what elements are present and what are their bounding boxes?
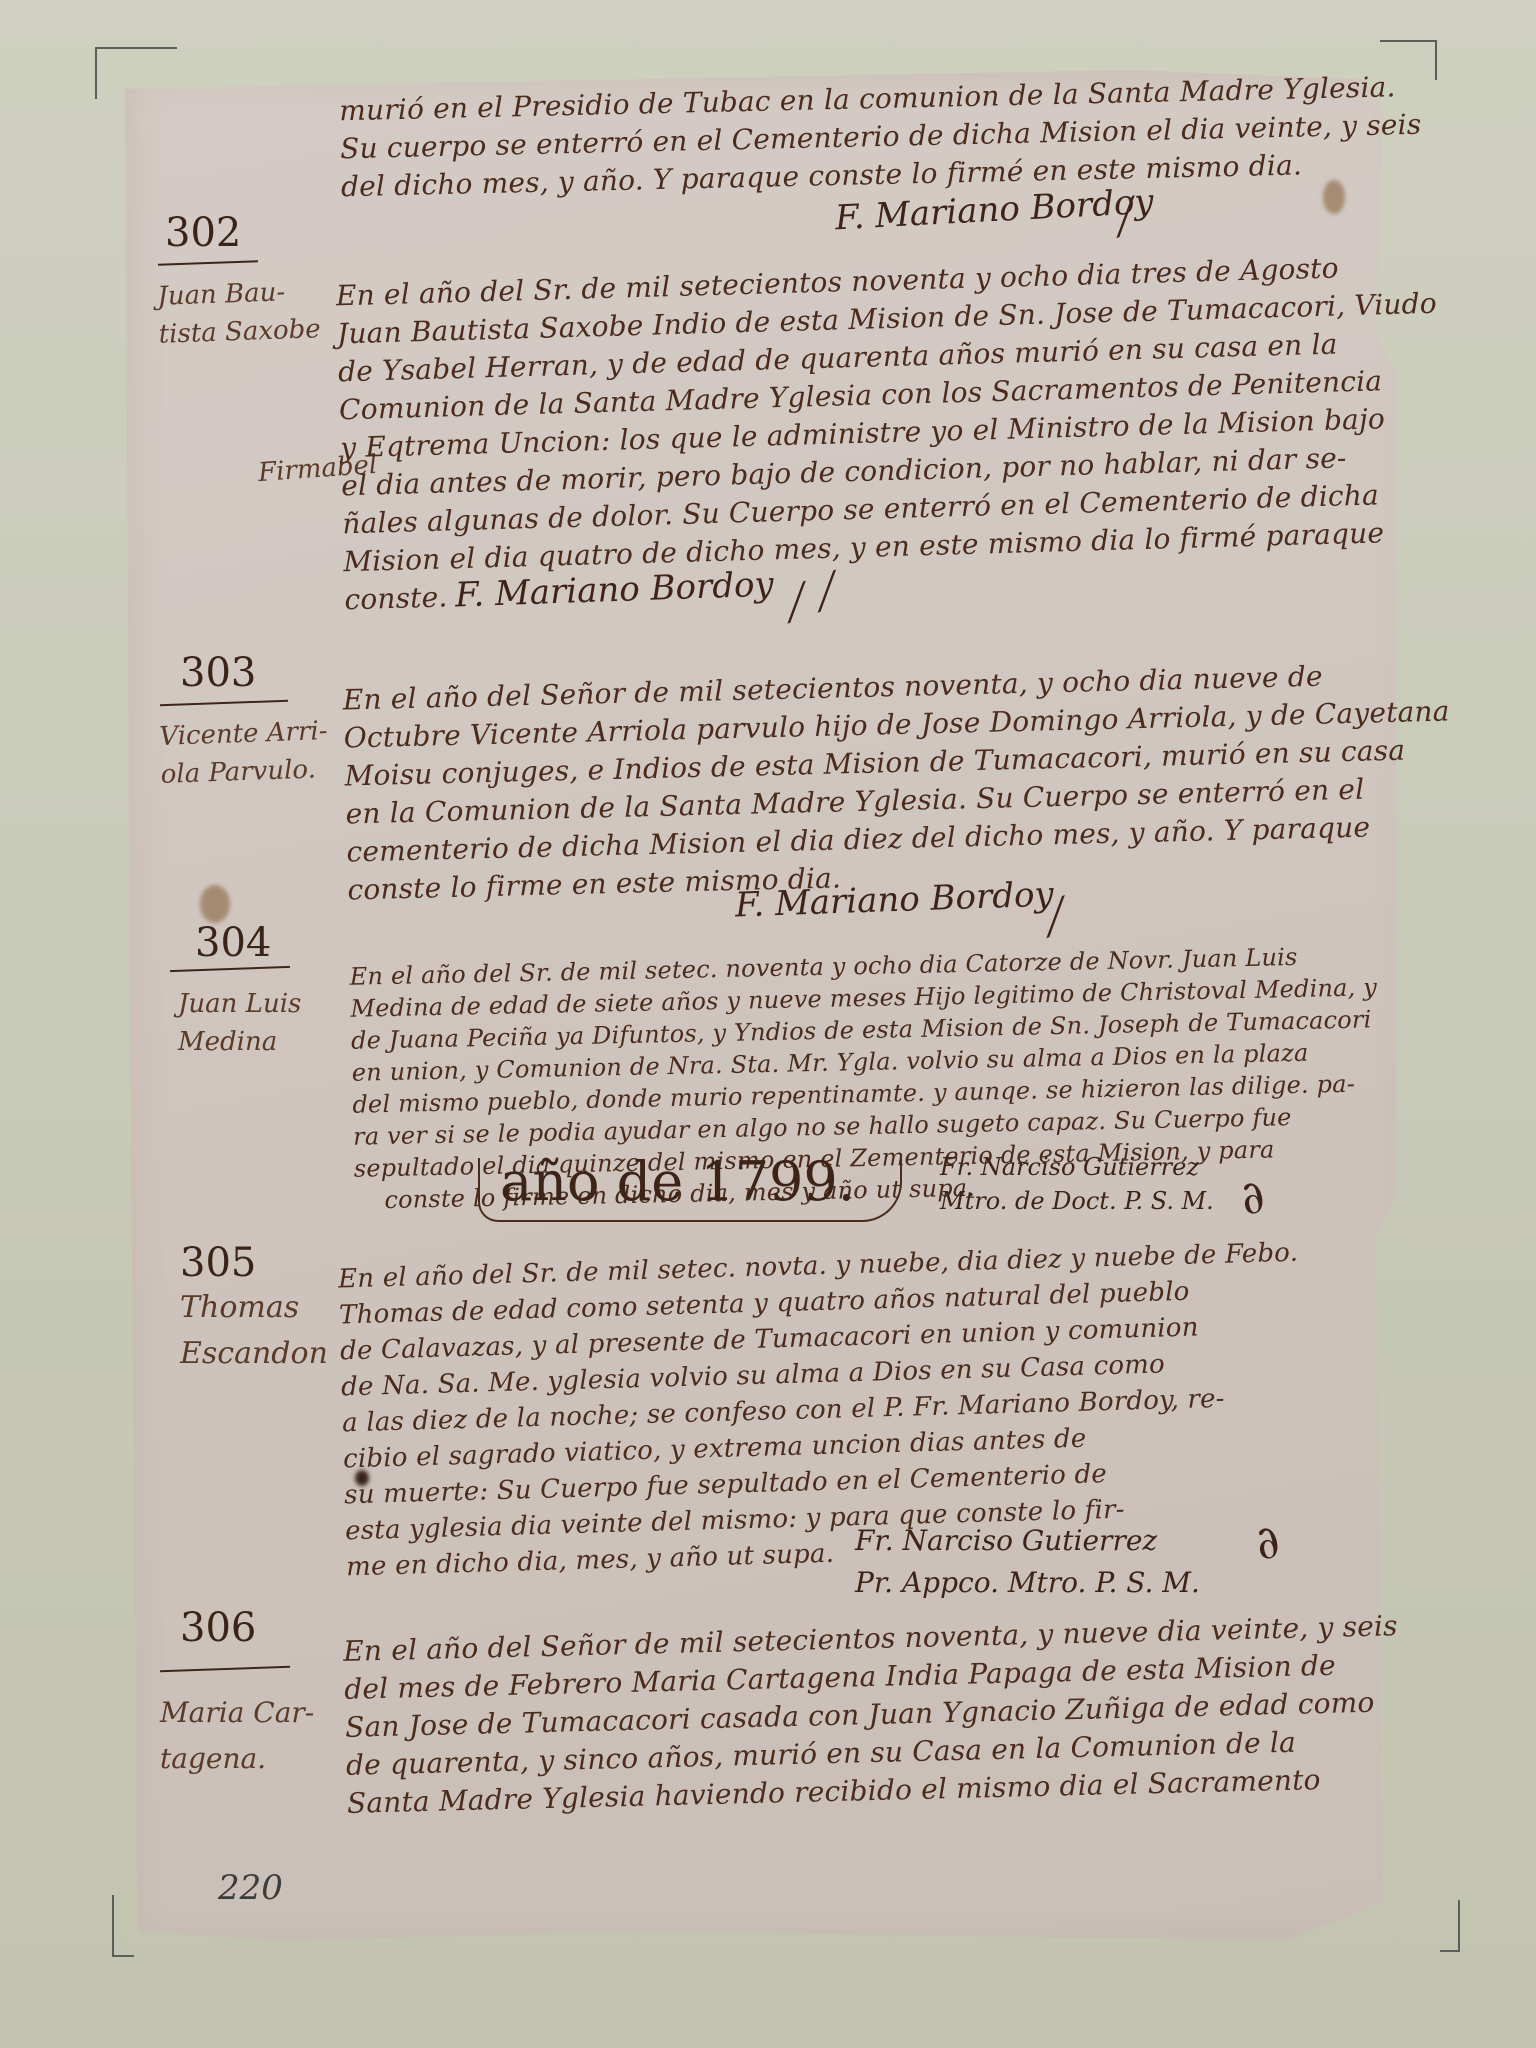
margin-name-line: ola Parvulo. — [160, 750, 329, 794]
corner-mark-bottom-left — [112, 1895, 134, 1957]
entry-number-306: 306 — [180, 1605, 256, 1651]
page-number: 220 — [218, 1868, 283, 1908]
margin-name-line: tagena. — [160, 1736, 314, 1782]
corner-mark-bottom-right — [1440, 1900, 1460, 1952]
signature-gutierrez-304: Fr. Narciso Gutierrez Mtro. de Doct. P. … — [940, 1150, 1214, 1218]
signature-gutierrez-305: Fr. Narciso Gutierrez Pr. Appco. Mtro. P… — [855, 1520, 1200, 1604]
margin-name-line: Thomas — [180, 1285, 328, 1331]
entry-body-306: En el año del Señor de mil setecientos n… — [343, 1607, 1402, 1823]
ink-stain — [200, 885, 230, 923]
margin-name-line: Juan Bau- — [157, 272, 320, 316]
signature-line: Mtro. de Doct. P. S. M. — [940, 1184, 1214, 1218]
margin-name-304: Juan Luis Medina — [178, 985, 301, 1061]
signature-line: Fr. Narciso Gutierrez — [940, 1150, 1214, 1184]
margin-name-302: Juan Bau- tista Saxobe — [157, 272, 322, 354]
signature-line: Fr. Narciso Gutierrez — [855, 1520, 1200, 1562]
entry-body-303: En el año del Señor de mil setecientos n… — [342, 655, 1453, 910]
entry-number-303: 303 — [180, 650, 256, 696]
signature-line: Pr. Appco. Mtro. P. S. M. — [855, 1562, 1200, 1604]
margin-name-line: Vicente Arri- — [159, 712, 328, 756]
margin-name-line: Medina — [178, 1023, 301, 1061]
margin-name-303: Vicente Arri- ola Parvulo. — [159, 712, 330, 794]
entry-number-305: 305 — [180, 1240, 256, 1286]
margin-name-306: Maria Car- tagena. — [160, 1690, 314, 1782]
margin-name-line: Maria Car- — [160, 1690, 314, 1736]
entry-body-302: En el año del Sr. de mil setecientos nov… — [335, 247, 1444, 620]
margin-name-line: Juan Luis — [178, 985, 301, 1023]
entry-number-304: 304 — [195, 920, 271, 966]
year-heading: año de 1799. — [500, 1150, 855, 1213]
margin-name-305: Thomas Escandon — [180, 1285, 328, 1377]
margin-name-line: tista Saxobe — [158, 310, 321, 354]
entry-number-302: 302 — [165, 210, 241, 256]
ink-stain — [1323, 180, 1345, 214]
margin-name-line: Escandon — [180, 1331, 328, 1377]
